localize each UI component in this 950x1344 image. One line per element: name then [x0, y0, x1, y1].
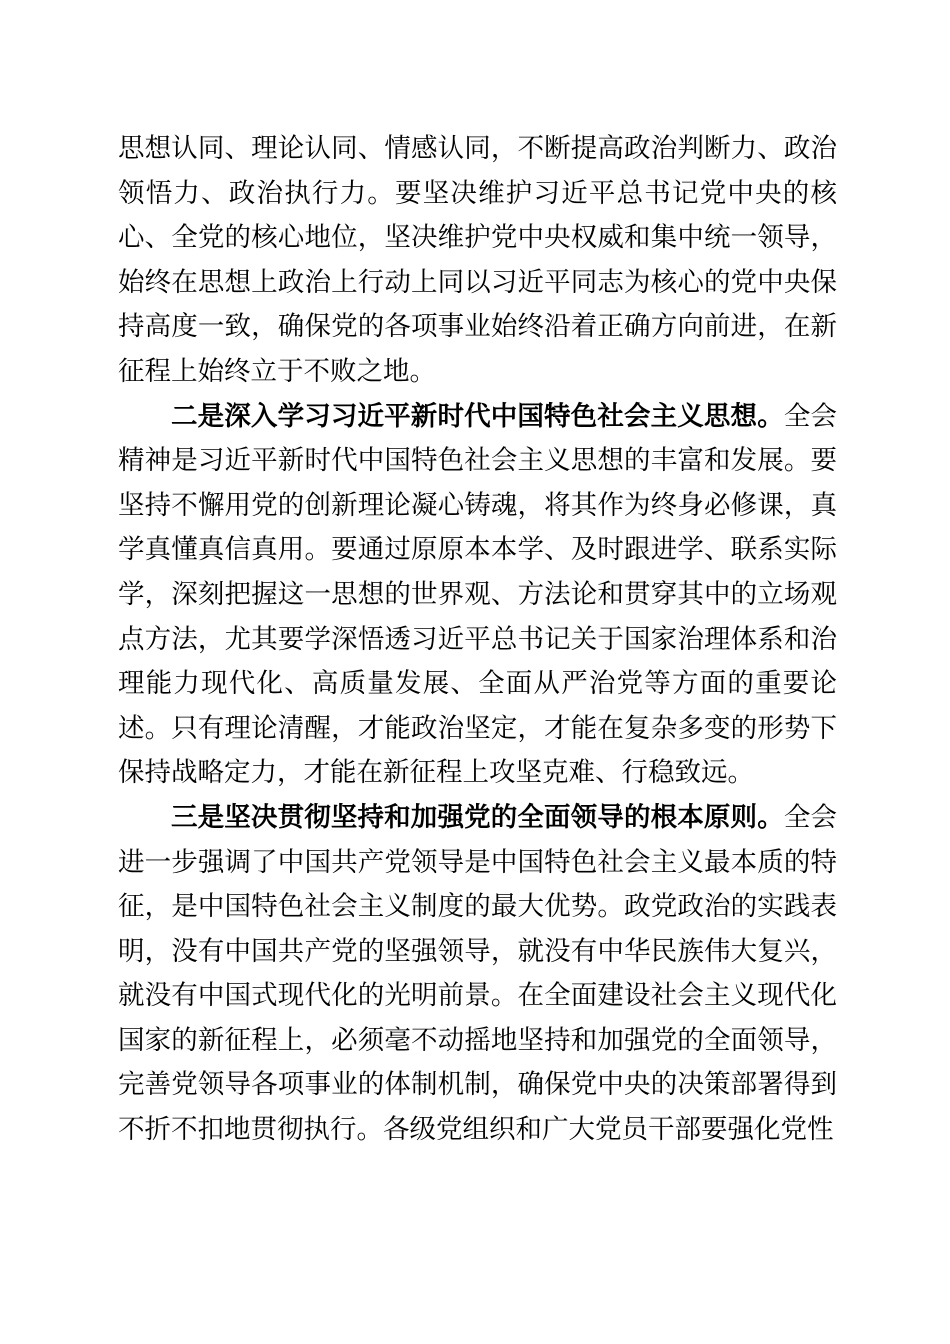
paragraph: 思想认同、理论认同、情感认同，不断提高政治判断力、政治领悟力、政治执行力。要坚决… [118, 126, 837, 394]
paragraph: 三是坚决贯彻坚持和加强党的全面领导的根本原则。全会进一步强调了中国共产党领导是中… [118, 795, 837, 1152]
document-body: 思想认同、理论认同、情感认同，不断提高政治判断力、政治领悟力、政治执行力。要坚决… [118, 126, 837, 1152]
document-page: 思想认同、理论认同、情感认同，不断提高政治判断力、政治领悟力、政治执行力。要坚决… [0, 0, 950, 1344]
paragraph-text: 思想认同、理论认同、情感认同，不断提高政治判断力、政治领悟力、政治执行力。要坚决… [118, 133, 837, 386]
paragraph-text: 全会精神是习近平新时代中国特色社会主义思想的丰富和发展。要坚持不懈用党的创新理论… [118, 401, 837, 788]
paragraph-lead-emphasis: 三是坚决贯彻坚持和加强党的全面领导的根本原则。 [171, 802, 784, 832]
paragraph-text: 全会进一步强调了中国共产党领导是中国特色社会主义最本质的特征，是中国特色社会主义… [118, 802, 837, 1144]
paragraph: 二是深入学习习近平新时代中国特色社会主义思想。全会精神是习近平新时代中国特色社会… [118, 394, 837, 795]
paragraph-lead-emphasis: 二是深入学习习近平新时代中国特色社会主义思想。 [171, 401, 784, 431]
